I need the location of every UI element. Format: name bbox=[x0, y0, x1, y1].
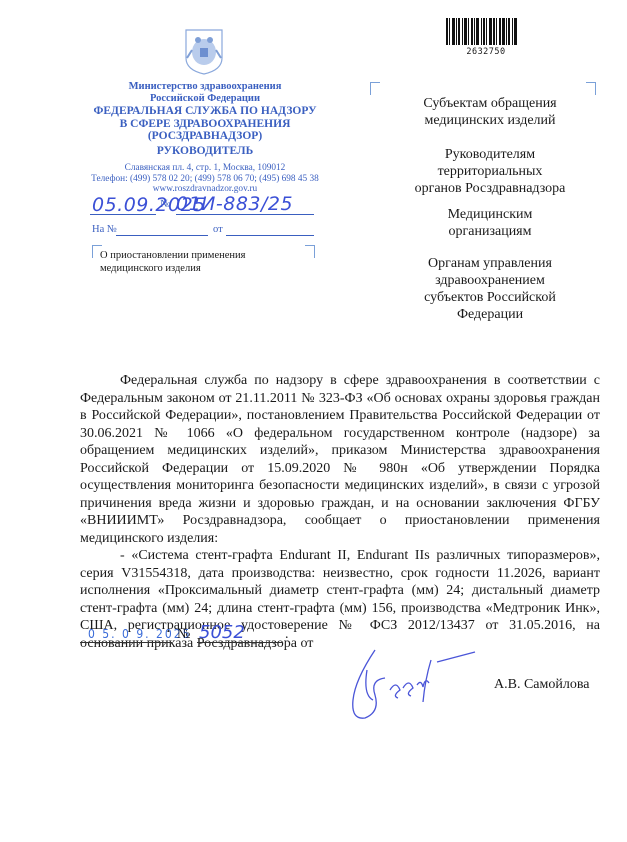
address-line: Славянская пл. 4, стр. 1, Москва, 109012 bbox=[80, 163, 330, 174]
signer-name: А.В. Самойлова bbox=[494, 677, 589, 693]
incoming-from-label: от bbox=[213, 224, 223, 235]
addressee-bracket-left bbox=[370, 82, 380, 95]
addressee-line: Органам управления bbox=[380, 255, 600, 272]
addressee-1: Субъектам обращения медицинских изделий bbox=[380, 95, 600, 129]
addressee-3: Медицинским организациям bbox=[380, 206, 600, 240]
order-end: . bbox=[285, 627, 289, 643]
addressee-line: Руководителям bbox=[380, 146, 600, 163]
ministry-line-2: Российской Федерации bbox=[80, 93, 330, 105]
phones-line: Телефон: (499) 578 02 20; (499) 578 06 7… bbox=[80, 174, 330, 185]
ministry-name: Министерство здравоохранения Российской … bbox=[80, 81, 330, 105]
order-date-stamp: 0 5. 0 9. 2025 bbox=[88, 627, 192, 641]
position-title: РУКОВОДИТЕЛЬ bbox=[80, 145, 330, 157]
addressee-line: организациям bbox=[380, 223, 600, 240]
incoming-number-label: На № bbox=[92, 224, 117, 235]
service-line-3: (РОСЗДРАВНАДЗОР) bbox=[80, 130, 330, 143]
subject-line-2: медицинского изделия bbox=[100, 263, 300, 276]
addressee-line: Федерации bbox=[380, 306, 600, 323]
outgoing-number-label: № bbox=[160, 198, 171, 210]
subject-bracket-right bbox=[305, 245, 315, 258]
order-date-underline bbox=[80, 642, 172, 643]
incoming-number-underline bbox=[116, 235, 208, 236]
addressee-line: территориальных bbox=[380, 163, 600, 180]
letter-body: Федеральная служба по надзору в сфере зд… bbox=[80, 372, 600, 652]
service-line-2: В СФЕРЕ ЗДРАВООХРАНЕНИЯ bbox=[80, 118, 330, 131]
order-number: 5052 bbox=[199, 622, 245, 643]
body-paragraph-1: Федеральная служба по надзору в сфере зд… bbox=[80, 372, 600, 547]
addressee-2: Руководителям территориальных органов Ро… bbox=[380, 146, 600, 197]
barcode-number: 2632750 bbox=[446, 47, 526, 57]
addressee-4: Органам управления здравоохранением субъ… bbox=[380, 255, 600, 323]
contact-block: Славянская пл. 4, стр. 1, Москва, 109012… bbox=[80, 163, 330, 195]
service-name: ФЕДЕРАЛЬНАЯ СЛУЖБА ПО НАДЗОРУ В СФЕРЕ ЗД… bbox=[80, 105, 330, 143]
addressee-line: здравоохранением bbox=[380, 272, 600, 289]
subject-line-1: О приостановлении применения bbox=[100, 250, 300, 263]
subject: О приостановлении применения медицинског… bbox=[100, 250, 300, 275]
addressee-line: субъектов Российской bbox=[380, 289, 600, 306]
outgoing-number: 01И-883/25 bbox=[176, 193, 293, 215]
addressee-bracket-right bbox=[586, 82, 596, 95]
addressee-line: Медицинским bbox=[380, 206, 600, 223]
addressee-line: Субъектам обращения bbox=[380, 95, 600, 112]
service-line-1: ФЕДЕРАЛЬНАЯ СЛУЖБА ПО НАДЗОРУ bbox=[80, 105, 330, 118]
barcode bbox=[446, 18, 526, 45]
ministry-line-1: Министерство здравоохранения bbox=[80, 81, 330, 93]
order-number-label: № bbox=[177, 627, 190, 643]
handwritten-signature bbox=[345, 640, 485, 735]
addressee-line: органов Росздравнадзора bbox=[380, 180, 600, 197]
coat-of-arms-icon bbox=[183, 28, 225, 76]
addressee-line: медицинских изделий bbox=[380, 112, 600, 129]
incoming-date-underline bbox=[226, 235, 314, 236]
